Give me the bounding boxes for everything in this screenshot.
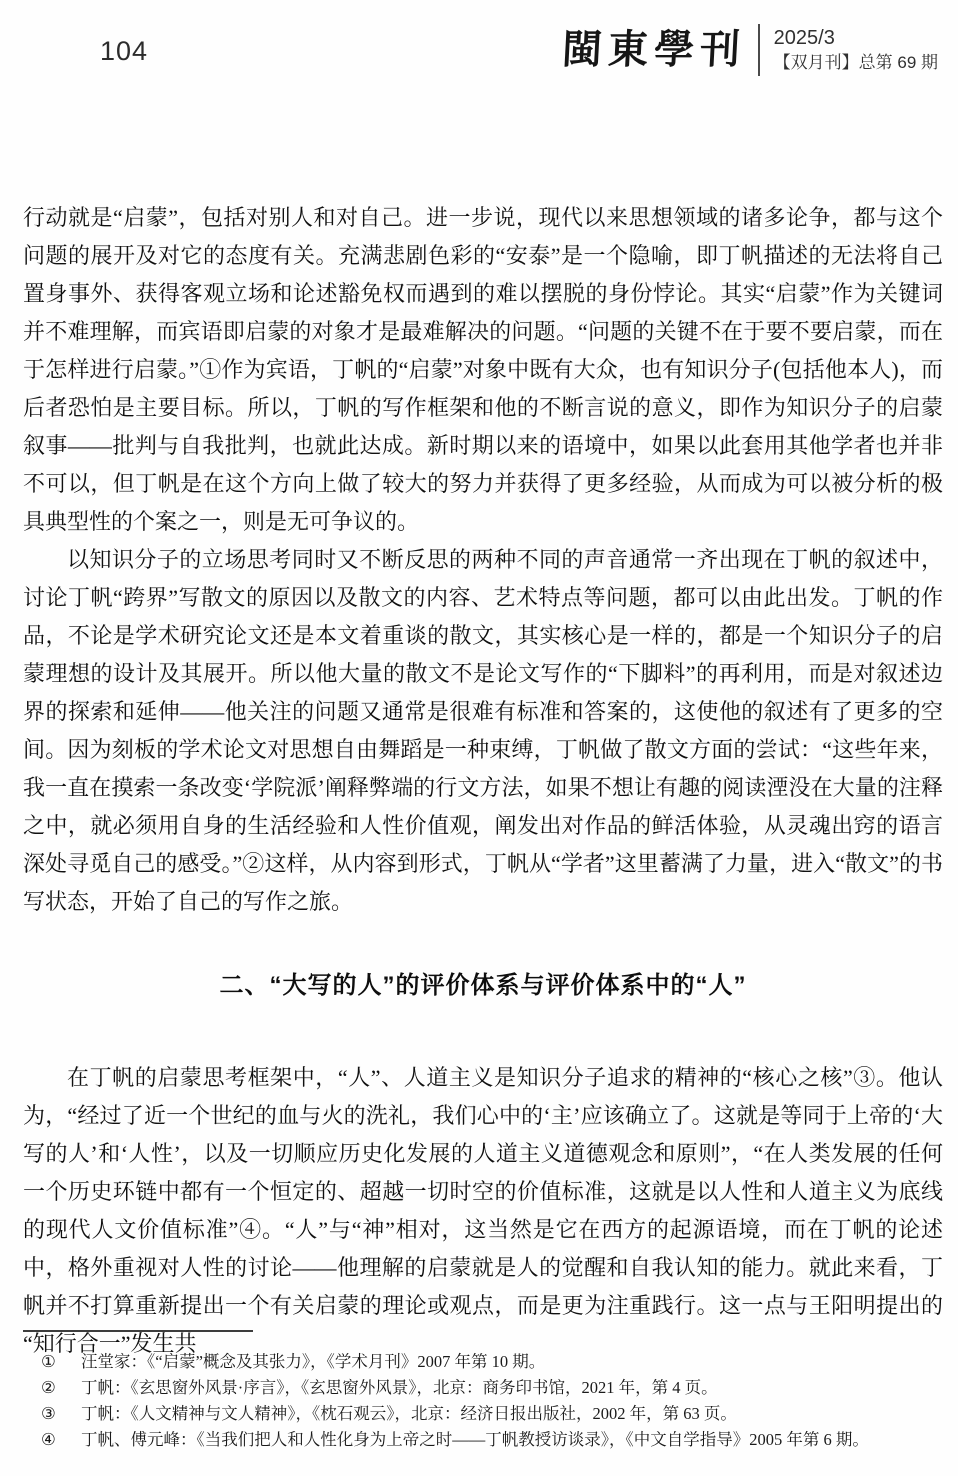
footnote-item: ④ 丁帆、傅元峰：《当我们把人和人性化身为上帝之时——丁帆教授访谈录》，《中文自… — [41, 1427, 943, 1453]
footnote-item: ③ 丁帆：《人文精神与文人精神》，《枕石观云》，北京：经济日报出版社，2002 … — [41, 1401, 943, 1427]
footnote-text: 丁帆：《人文精神与文人精神》，《枕石观云》，北京：经济日报出版社，2002 年，… — [81, 1401, 943, 1427]
paragraph-2: 以知识分子的立场思考同时又不断反思的两种不同的声音通常一齐出现在丁帆的叙述中，讨… — [23, 541, 943, 921]
footnote-marker: ③ — [41, 1401, 63, 1427]
issue-date: 2025/3 — [774, 26, 938, 50]
article-body: 行动就是“启蒙”，包括对别人和对自己。进一步说，现代以来思想领域的诸多论争，都与… — [23, 199, 943, 1363]
issue-info: 2025/3 【双月刊】总第 69 期 — [774, 26, 938, 74]
masthead-divider — [758, 24, 760, 76]
journal-title: 閩東學刊 — [560, 26, 747, 74]
journal-page: 104 閩東學刊 2025/3 【双月刊】总第 69 期 行动就是“启蒙”，包括… — [0, 0, 958, 1476]
footnotes-section: ① 汪堂家：《“启蒙”概念及其张力》，《学术月刊》2007 年第 10 期。 ②… — [23, 1330, 943, 1453]
paragraph-3: 在丁帆的启蒙思考框架中，“人”、人道主义是知识分子追求的精神的“核心之核”③。他… — [23, 1059, 943, 1363]
issue-detail: 【双月刊】总第 69 期 — [774, 52, 938, 74]
footnote-marker: ① — [41, 1349, 63, 1375]
journal-masthead: 閩東學刊 2025/3 【双月刊】总第 69 期 — [562, 24, 938, 76]
footnote-list: ① 汪堂家：《“启蒙”概念及其张力》，《学术月刊》2007 年第 10 期。 ②… — [23, 1349, 943, 1453]
footnote-text: 汪堂家：《“启蒙”概念及其张力》，《学术月刊》2007 年第 10 期。 — [81, 1349, 943, 1375]
footnote-item: ② 丁帆：《玄思窗外风景·序言》，《玄思窗外风景》，北京：商务印书馆，2021 … — [41, 1375, 943, 1401]
footnote-item: ① 汪堂家：《“启蒙”概念及其张力》，《学术月刊》2007 年第 10 期。 — [41, 1349, 943, 1375]
footnote-marker: ② — [41, 1375, 63, 1401]
page-number: 104 — [100, 36, 148, 67]
paragraph-1: 行动就是“启蒙”，包括对别人和对自己。进一步说，现代以来思想领域的诸多论争，都与… — [23, 199, 943, 541]
section-heading: 二、“大写的人”的评价体系与评价体系中的“人” — [23, 967, 943, 1005]
footnote-text: 丁帆、傅元峰：《当我们把人和人性化身为上帝之时——丁帆教授访谈录》，《中文自学指… — [81, 1427, 943, 1453]
footnote-marker: ④ — [41, 1427, 63, 1453]
footnote-separator — [23, 1330, 253, 1332]
footnote-text: 丁帆：《玄思窗外风景·序言》，《玄思窗外风景》，北京：商务印书馆，2021 年，… — [81, 1375, 943, 1401]
